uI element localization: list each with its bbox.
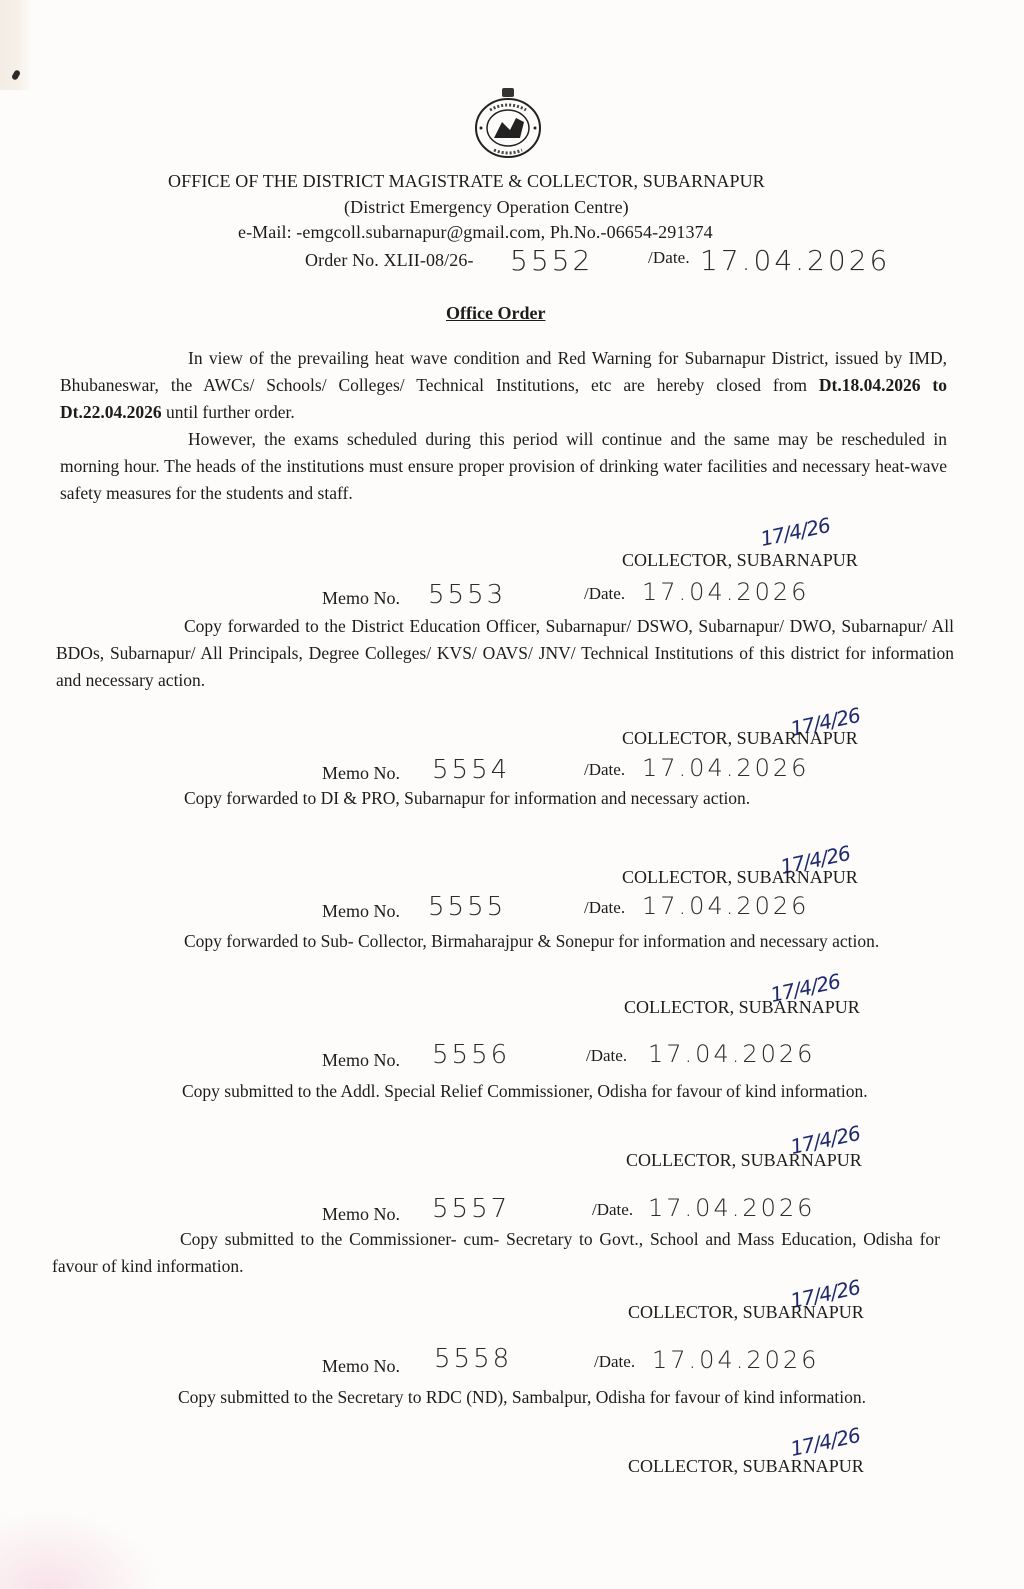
order-number-label: Order No. XLII-08/26- <box>305 250 474 270</box>
memo-number: 5555 <box>428 892 506 922</box>
memo-date-label: /Date. <box>584 760 625 780</box>
memo-date: 17.04.2026 <box>642 578 809 606</box>
contact-line: e-Mail: -emgcoll.subarnapur@gmail.com, P… <box>238 222 713 243</box>
collector-signatory: COLLECTOR, SUBARNAPUR <box>628 1302 864 1323</box>
memo-number: 5558 <box>434 1344 512 1374</box>
order-date-label: /Date. <box>648 248 690 268</box>
memo-text-content: Copy forwarded to the District Education… <box>56 616 954 690</box>
office-subheading: (District Emergency Operation Centre) <box>344 197 629 218</box>
memo-number: 5553 <box>428 580 506 610</box>
memo-date-label: /Date. <box>586 1046 627 1066</box>
collector-signatory: COLLECTOR, SUBARNAPUR <box>626 1150 862 1171</box>
memo-date-label: /Date. <box>592 1200 633 1220</box>
paper-edge-shadow <box>0 0 32 90</box>
memo-text: Copy submitted to the Secretary to RDC (… <box>50 1380 943 1414</box>
memo-date-label: /Date. <box>584 584 625 604</box>
memo-text: Copy forwarded to DI & PRO, Subarnapur f… <box>56 785 954 812</box>
memo-label: Memo No. <box>322 1356 400 1377</box>
memo-number: 5557 <box>432 1194 510 1224</box>
order-number-line: Order No. XLII-08/26- <box>305 250 474 271</box>
memo-text: Copy forwarded to the District Education… <box>56 613 954 694</box>
memo-date: 17.04.2026 <box>642 892 809 920</box>
memo-text-content: Copy submitted to the Addl. Special Reli… <box>182 1081 868 1101</box>
memo-text: Copy submitted to the Commissioner- cum-… <box>52 1226 940 1280</box>
memo-date-label: /Date. <box>594 1352 635 1372</box>
memo-label: Memo No. <box>322 588 400 609</box>
office-heading: OFFICE OF THE DISTRICT MAGISTRATE & COLL… <box>168 171 765 192</box>
memo-text-content: Copy submitted to the Commissioner- cum-… <box>52 1229 940 1276</box>
collector-signatory: COLLECTOR, SUBARNAPUR <box>628 1456 864 1477</box>
memo-label: Memo No. <box>322 1204 400 1225</box>
para2-text: However, the exams scheduled during this… <box>60 429 947 503</box>
memo-date: 17.04.2026 <box>652 1346 819 1374</box>
memo-text-content: Copy forwarded to DI & PRO, Subarnapur f… <box>184 788 750 808</box>
memo-number: 5554 <box>432 755 510 785</box>
memo-text: Copy forwarded to Sub- Collector, Birmah… <box>56 925 936 957</box>
order-number: 5552 <box>510 244 593 277</box>
memo-date: 17.04.2026 <box>648 1194 815 1222</box>
collector-signatory: COLLECTOR, SUBARNAPUR <box>622 550 858 571</box>
memo-date: 17.04.2026 <box>642 754 809 782</box>
collector-signatory: COLLECTOR, SUBARNAPUR <box>624 997 860 1018</box>
collector-signatory: COLLECTOR, SUBARNAPUR <box>622 728 858 749</box>
memo-date-label: /Date. <box>584 898 625 918</box>
memo-text-content: Copy forwarded to Sub- Collector, Birmah… <box>184 931 879 951</box>
memo-label: Memo No. <box>322 901 400 922</box>
para1-text: In view of the prevailing heat wave cond… <box>60 348 947 395</box>
order-paragraph-1: In view of the prevailing heat wave cond… <box>60 345 947 426</box>
document-title: Office Order <box>446 303 545 324</box>
odisha-emblem-icon <box>468 88 548 160</box>
order-paragraph-2: However, the exams scheduled during this… <box>60 426 947 507</box>
memo-text-content: Copy submitted to the Secretary to RDC (… <box>178 1387 866 1407</box>
signature: 17/4/26 <box>758 513 832 551</box>
collector-signatory: COLLECTOR, SUBARNAPUR <box>622 867 858 888</box>
para1-tail: until further order. <box>162 402 295 422</box>
order-date: 17.04.2026 <box>700 244 890 277</box>
memo-date: 17.04.2026 <box>648 1040 815 1068</box>
memo-label: Memo No. <box>322 763 400 784</box>
memo-text: Copy submitted to the Addl. Special Reli… <box>54 1073 938 1109</box>
paper-stain <box>0 1509 160 1589</box>
memo-number: 5556 <box>432 1040 510 1070</box>
memo-label: Memo No. <box>322 1050 400 1071</box>
